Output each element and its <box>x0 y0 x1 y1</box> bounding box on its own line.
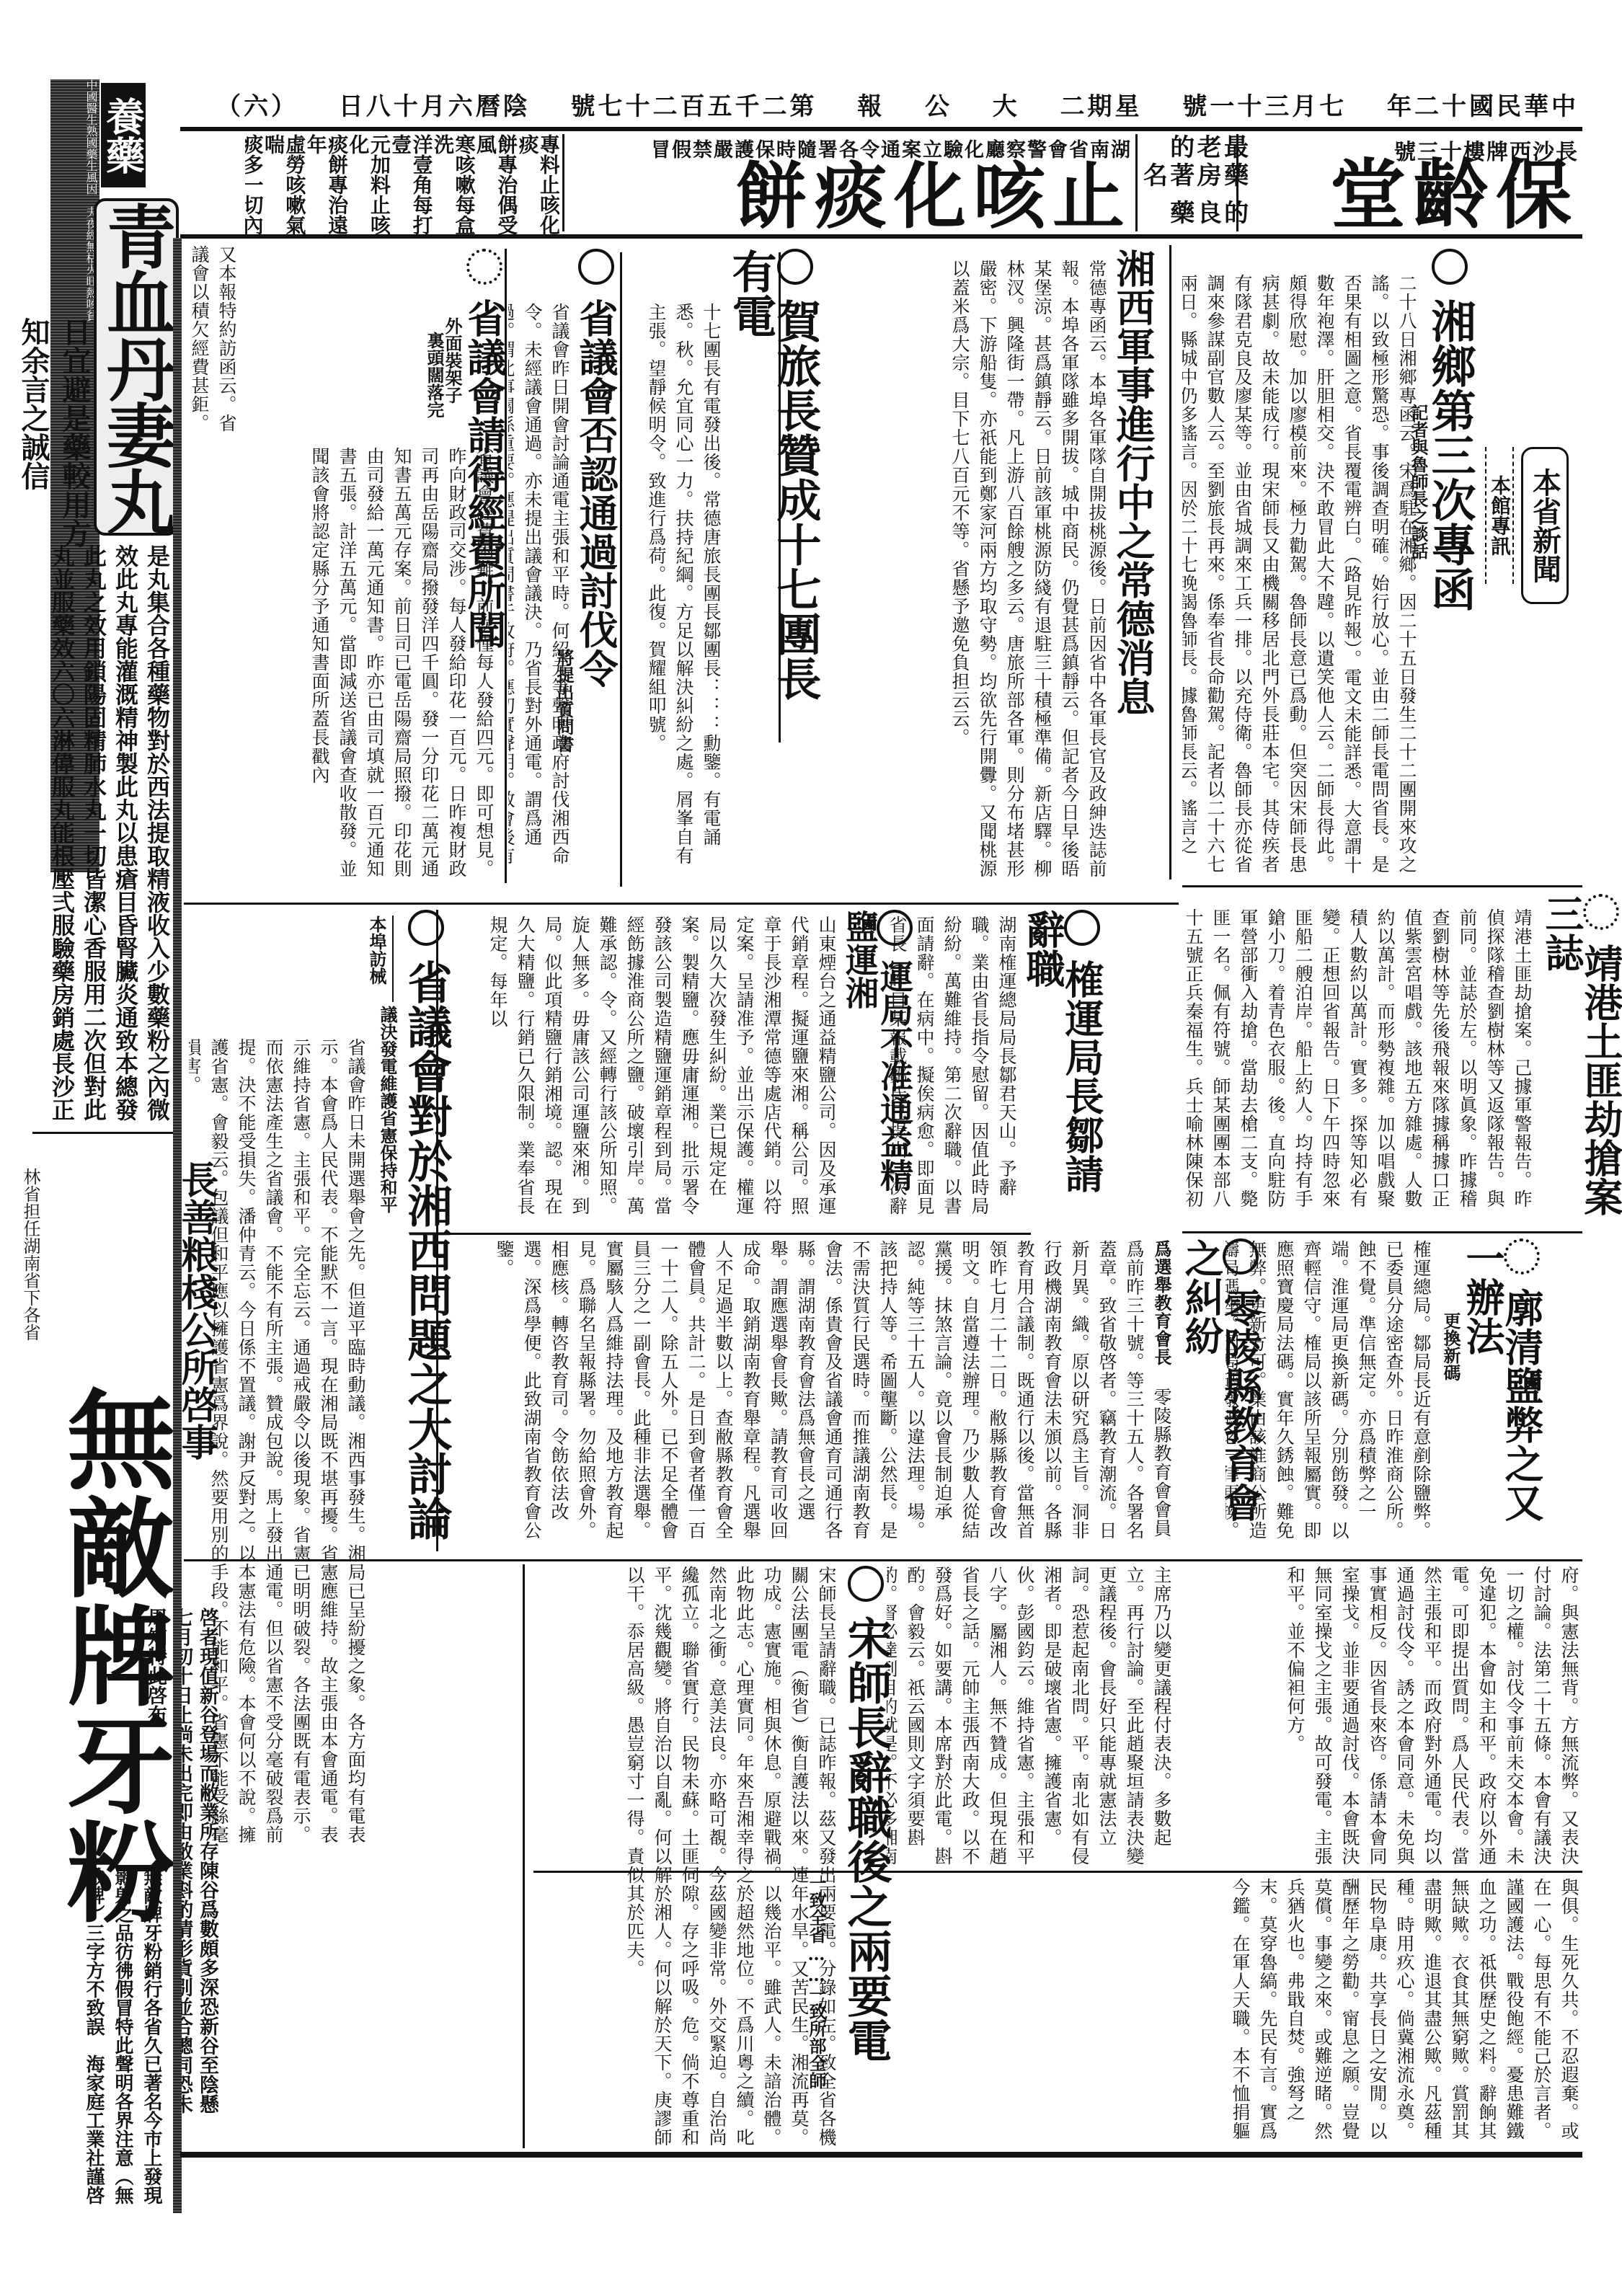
article-xiangxi-body: 常德專函云。本埠各軍隊自開拔桃源後。日前因省中各軍長官及政紳迭誌前報。本埠各軍隊… <box>786 260 1110 879</box>
side-line: 藥房著名 <box>1139 162 1247 200</box>
article-dataolun-subhead: 議決發電維護省憲保持和平 <box>375 1006 400 1294</box>
bottom-rule <box>180 2152 1582 2158</box>
body-text: 常德專函云。本埠各軍隊自開拔桃源後。日前因省中各軍長官及政紳迭誌前報。本埠各軍隊… <box>949 260 1107 878</box>
issue-number: 號七十二百五千二第 <box>571 87 817 122</box>
article-lingling-body: 爲選舉教育會長 零陵縣教育會會員爲前昨三十號。等三十五人。各署名蓋章。致省敬啓者… <box>447 1240 1175 1553</box>
article-jinggang-headline: 靖港土匪劫搶案三誌 <box>1543 894 1621 1225</box>
body-text: 靖港土匪劫搶案。己據軍警報告。昨偵探隊稽查劉樹林等又返隊報告。與前同。並誌於左。… <box>1182 908 1533 1208</box>
headline-text: 榷運局長鄒請辭職 <box>1020 910 1105 1193</box>
byline-text: 本埠訪械 <box>366 916 387 985</box>
qingxue-title-text: 青血丹妻丸 <box>87 201 186 533</box>
zhike-desc-line: 餅專治偶受風 <box>474 134 517 235</box>
headline-text: 零陵縣教育會之糾紛 <box>1179 1238 1264 1522</box>
body-text: 與俱。生死久共。不忍遐棄。或在一心。每思有不能己於言者。謹國護法。戰役飽經。憂患… <box>1230 1878 1579 2140</box>
body-text: 府。與憲法無背。方無流弊。又表決付討論。法第二十五條。本會有議決一切之權。討伐令… <box>1285 1566 1579 1866</box>
left-gutter <box>173 238 182 2213</box>
yangshen-ad-title: 養藥 <box>101 83 146 187</box>
article-guyan-headline: 廓清鹽弊之又一辦法 <box>1463 1238 1541 1556</box>
body-text: 省議會昨日開會討論通電主張和平時。何紹元等聲明政府討伐湘西命令。未經議會通過。亦… <box>508 303 570 865</box>
left-rule <box>32 1132 177 1134</box>
headline-text: 省議會對於湘西問題之大討論 <box>400 959 453 1541</box>
bullet-circle-icon <box>466 249 502 285</box>
zhike-desc-line: 痰多一切內傷 <box>245 134 263 235</box>
article-dataolun-headline: 省議會對於湘西問題之大討論 <box>404 910 448 1544</box>
bullet-circle-icon <box>848 1566 884 1602</box>
subhead-text: 議決發電維護省憲保持和平 <box>377 1006 398 1213</box>
date-solar: 號一十三月七 <box>1182 87 1347 122</box>
qingxue-tagline: 日宜避是藥較用方知余言之誠信 <box>59 317 95 548</box>
bullet-circle-icon <box>777 249 813 285</box>
zhike-ad: 止咳化痰餅 <box>570 160 1132 232</box>
body-text: 省議會昨日未開選舉會之先。但道平臨時動議。湘西事發生。湘局已呈紛擾之象。各方面均… <box>189 1038 366 1844</box>
headline-text: 廓清鹽弊之又一辦法 <box>1460 1238 1545 1522</box>
article-jingfei-subhead-2: 裏頭闊落完 <box>422 332 447 433</box>
side-line: 最老的 <box>1139 134 1247 162</box>
extra-note-text: 又本報特約訪函云。省議會以積欠經費甚鉅。 <box>189 245 237 433</box>
baolingtang-name: 保齡堂 <box>1330 157 1579 233</box>
row-rule <box>184 903 1179 905</box>
page-number: （六） <box>216 87 298 122</box>
bullet-circle-icon <box>1064 910 1100 946</box>
paper-name-1: 報 <box>857 87 885 122</box>
zhike-desc-line: 虛勞咳嗽氣喘 <box>263 134 306 235</box>
body-text: 零陵縣教育會會員爲前昨三十號。等三十五人。各署名蓋章。致省敬啓者。竊教育潮流。日… <box>494 1240 1172 1540</box>
body-text: 宋師長呈請辭職。已誌昨報。茲又發出兩要電。分錄如左。致全省各機關公法團電（衡省）… <box>624 1566 837 2147</box>
article-helvzhang-body: 十七團長有電發出後。常德唐旅長團長鄒團長：：：勳鑒。有電誦悉。秋。允宜同心一力。… <box>627 303 724 879</box>
bullet-circle-icon <box>408 910 444 946</box>
col-rule <box>523 1564 525 2148</box>
qingxue-body-text: 是丸集合各種藥物對於西法提取精液收入少數藥粉之內微效此丸專能灌溉精神製此丸以患瘡… <box>43 544 171 1121</box>
article-songshizhang-body: 宋師長呈請辭職。已誌昨報。茲又發出兩要電。分錄如左。致全省各機關公法團電（衡省）… <box>530 1566 840 2150</box>
article-taofa-body: 省議會昨日開會討論通電主張和平時。何紹元等聲明政府討伐湘西命令。未經議會通過。亦… <box>508 303 573 879</box>
paper-name-2: 公 <box>925 87 952 122</box>
article-xiangxiang-body: 二十八日湘鄉專函云。宋爲駐在湘鄉。因二十五日發生二十二團開來攻之謠。以致極形驚恐… <box>1182 274 1420 879</box>
article-jingfei-body: 省議會經費困難。前次僅每人發給四元。即可想見。昨向財政司交涉。每人發給印花一百元… <box>187 447 497 879</box>
article-bottom-right-body: 府。與憲法無背。方無流弊。又表決付討論。法第二十五條。本會有議決一切之權。討伐令… <box>1182 1566 1582 1869</box>
article-xiangxi-headline: 湘西軍事進行中之常德消息 <box>1114 249 1153 861</box>
row-rule <box>440 1233 1031 1235</box>
bullet-circle-icon <box>1583 894 1619 930</box>
zhike-description: 專料止咳化痰餅專治偶受風寒咳嗽每盒洗洋壹角每打壹元加料止咳化痰餅專治遠年虛勞咳嗽… <box>245 134 559 235</box>
article-xiangxiang-headline: 湘鄉第三次專函 <box>1427 249 1472 652</box>
masthead-rule <box>180 127 1582 131</box>
headline-text: 運局不准通益精鹽運湘 <box>841 910 914 1192</box>
zhike-desc-line: 痰餅專治遠年 <box>305 134 347 235</box>
qingxue-ad-body: 是丸集合各種藥物對於西法提取精液收入少數藥粉之內微效此丸專能灌溉精神製此丸以患瘡… <box>43 544 173 1121</box>
col-rule <box>620 252 622 887</box>
row-rule <box>1182 1231 1582 1233</box>
extra-note: 又本報特約訪函云。省議會以積欠經費甚鉅。 <box>186 245 240 433</box>
bullet-circle-icon <box>1504 1238 1540 1275</box>
body-text: 主席乃以變更議程付表決。多數起立。再行討論。至此趙聚垣請表決變更議程後。會長好只… <box>887 1566 1172 1866</box>
zhike-desc-columns: 專料止咳化痰餅專治偶受風寒咳嗽每盒洗洋壹角每打壹元加料止咳化痰餅專治遠年虛勞咳嗽… <box>245 134 559 235</box>
year: 年二十國民華中 <box>1387 87 1579 122</box>
baolingtang-ad: 保齡堂 <box>1240 159 1579 231</box>
article-guyan-subhead: 更換新碼 <box>1438 1312 1463 1413</box>
section-label: 本省新聞 <box>1521 447 1569 604</box>
article-taofa-headline: 省議會否認通過討伐令 <box>577 249 616 724</box>
headline-text: 省議會否認通過討伐令 <box>573 298 619 688</box>
paper-name-3: 大 <box>993 87 1020 122</box>
article-quanyun-headline: 榷運局長鄒請辭職 <box>1024 910 1102 1213</box>
weekday: 二期星 <box>1060 87 1143 122</box>
subhead-text: 爲選舉教育會長 <box>1151 1240 1172 1366</box>
bullet-circle-icon <box>1223 1238 1259 1275</box>
headline-text: 湘鄉第三次專函 <box>1424 298 1476 611</box>
col-rule <box>1169 245 1171 879</box>
headline-text: 賀旅長贊成十七團長有電 <box>724 249 822 701</box>
subhead-text: 裏頭闊落完 <box>424 332 445 418</box>
bullet-circle-icon <box>1432 249 1468 285</box>
bullet-circle-icon <box>578 249 614 285</box>
section-label-text: 本省新聞 <box>1525 468 1566 583</box>
bullet-circle-icon <box>877 910 913 946</box>
row-rule <box>1182 885 1582 887</box>
article-jinggang-body: 靖港土匪劫搶案。己據軍警報告。昨偵探隊稽查劉樹林等又返隊報告。與前同。並誌於左。… <box>1182 908 1535 1225</box>
subhead-text: 更換新碼 <box>1440 1312 1461 1381</box>
article-huiyi-detail-body: 主席乃以變更議程付表決。多數起立。再行討論。至此趙聚垣請表決變更議程後。會長好只… <box>887 1566 1175 1869</box>
section-sublabel-text: 本館專訊 <box>1485 475 1514 556</box>
wudi-agent-text: 林省担任湖南省下各省 <box>20 1168 40 1341</box>
baolingtang-side: 最老的 藥房著名 的良藥 <box>1139 134 1247 228</box>
body-text: 二十八日湘鄉專函云。宋爲駐在湘鄉。因二十五日發生二十二團開來攻之謠。以致極形驚恐… <box>1182 274 1417 874</box>
ad-divider <box>1135 134 1138 231</box>
ad-divider <box>562 134 564 231</box>
ads-bottom-rule <box>180 234 1582 239</box>
body-text: 十七團長有電發出後。常德唐旅長團長鄒團長：：：勳鑒。有電誦悉。秋。允宜同心一力。… <box>646 303 722 865</box>
masthead: （六） 日八十月六曆陰 號七十二百五千二第 報 公 大 二期星 號一十三月七 年… <box>216 87 1579 121</box>
article-helvzhang-headline: 賀旅長贊成十七團長有電 <box>728 249 817 739</box>
date-lunar: 日八十月六曆陰 <box>339 87 531 122</box>
article-bottom-editorial: 與俱。生死久共。不忍遐棄。或在一心。每思有不能己於言者。謹國護法。戰役飽經。憂患… <box>872 1878 1582 2148</box>
yangshen-title-text: 養藥 <box>96 97 151 174</box>
qingxue-tagline-text: 日宜避是藥較用方知余言之誠信 <box>17 317 92 548</box>
headline-text: 湘西軍事進行中之常德消息 <box>1110 249 1156 716</box>
qingxue-ad-title: 青血丹妻丸 <box>94 198 179 536</box>
zhike-desc-line: 元加料止咳化 <box>347 134 390 235</box>
zhike-desc-line: 專料止咳化痰 <box>517 134 559 235</box>
row-rule <box>184 1559 1582 1561</box>
article-yunju-headline: 運局不准通益精鹽運湘 <box>843 910 913 1213</box>
article-lingling-headline: 零陵縣教育會之糾紛 <box>1182 1238 1260 1556</box>
zhike-desc-line: 寒咳嗽每盒洗 <box>433 134 475 235</box>
article-yunju-body: 山東煙台之通益精鹽公司。因及承運代銷章程。擬運鹽來湘。稱公司。照章于長沙湘潭常德… <box>443 916 840 1225</box>
body-text: 省議會經費困難。前次僅每人發給四元。即可想見。昨向財政司交涉。每人發給印花一百元… <box>309 447 495 878</box>
zhike-desc-line: 洋壹角每打壹 <box>390 134 433 235</box>
wudi-agent: 林省担任湖南省下各省 <box>14 1168 43 2213</box>
article-dataolun-body: 省議會昨日未開選舉會之先。但道平臨時動議。湘西事發生。湘局已呈紛擾之象。各方面均… <box>189 1038 369 1845</box>
section-sublabel: 本館專訊 <box>1485 447 1514 584</box>
article-dataolun-byline: 本埠訪械 <box>364 916 394 1002</box>
side-line: 的良藥 <box>1139 200 1247 228</box>
headline-text: 靖港土匪劫搶案三誌 <box>1539 894 1622 1216</box>
zhike-name: 止咳化痰餅 <box>735 160 1132 232</box>
body-text: 山東煙台之通益精鹽公司。因及承運代銷章程。擬運鹽來湘。稱公司。照章于長沙湘潭常德… <box>487 916 837 1215</box>
